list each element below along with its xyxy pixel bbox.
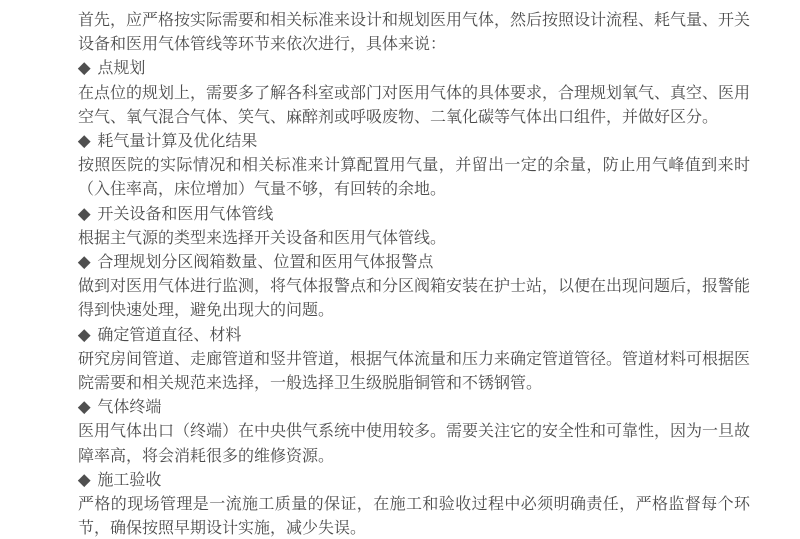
paragraph-gas-consumption: 按照医院的实际情况和相关标准来计算配置用气量，并留出一定的余量，防止用气峰值到来…	[78, 154, 750, 202]
paragraph-gas-terminal: 医用气体出口（终端）在中央供气系统中使用较多。需要关注它的安全性和可靠性，因为一…	[78, 420, 750, 468]
paragraph-pipe-diameter-material: 研究房间管道、走廊管道和竖井管道，根据气体流量和压力来确定管道管径。管道材料可根…	[78, 348, 750, 396]
diamond-bullet-icon: ◆	[78, 202, 91, 227]
section-heading-switch-equipment: ◆开关设备和医用气体管线	[78, 203, 750, 227]
diamond-bullet-icon: ◆	[78, 468, 91, 493]
diamond-bullet-icon: ◆	[78, 129, 91, 154]
diamond-bullet-icon: ◆	[78, 250, 91, 275]
section-heading-pipe-diameter-material: ◆确定管道直径、材料	[78, 324, 750, 348]
section-heading-text: 合理规划分区阀箱数量、位置和医用气体报警点	[97, 254, 433, 271]
section-heading-point-planning: ◆点规划	[78, 57, 750, 81]
section-heading-gas-consumption: ◆耗气量计算及优化结果	[78, 130, 750, 154]
diamond-bullet-icon: ◆	[78, 57, 91, 82]
section-heading-text: 耗气量计算及优化结果	[97, 133, 257, 150]
section-heading-construction-acceptance: ◆施工验收	[78, 469, 750, 493]
paragraph-valve-box-alarm: 做到对医用气体进行监测，将气体报警点和分区阀箱安装在护士站，以便在出现问题后，报…	[78, 275, 750, 323]
section-heading-text: 确定管道直径、材料	[97, 327, 241, 344]
section-heading-text: 气体终端	[97, 399, 161, 416]
section-heading-text: 点规划	[97, 60, 145, 77]
paragraph-construction-acceptance: 严格的现场管理是一流施工质量的保证，在施工和验收过程中必须明确责任，严格监督每个…	[78, 493, 750, 539]
paragraph-point-planning: 在点位的规划上，需要多了解各科室或部门对医用气体的具体要求，合理规划氧气、真空、…	[78, 82, 750, 130]
section-heading-valve-box-alarm: ◆合理规划分区阀箱数量、位置和医用气体报警点	[78, 251, 750, 275]
intro-paragraph: 首先，应严格按实际需要和相关标准来设计和规划医用气体，然后按照设计流程、耗气量、…	[78, 9, 750, 57]
document-page: 首先，应严格按实际需要和相关标准来设计和规划医用气体，然后按照设计流程、耗气量、…	[0, 0, 800, 539]
section-heading-text: 开关设备和医用气体管线	[97, 206, 273, 223]
diamond-bullet-icon: ◆	[78, 323, 91, 348]
section-heading-gas-terminal: ◆气体终端	[78, 396, 750, 420]
paragraph-switch-equipment: 根据主气源的类型来选择开关设备和医用气体管线。	[78, 227, 750, 251]
diamond-bullet-icon: ◆	[78, 396, 91, 421]
section-heading-text: 施工验收	[97, 472, 161, 489]
